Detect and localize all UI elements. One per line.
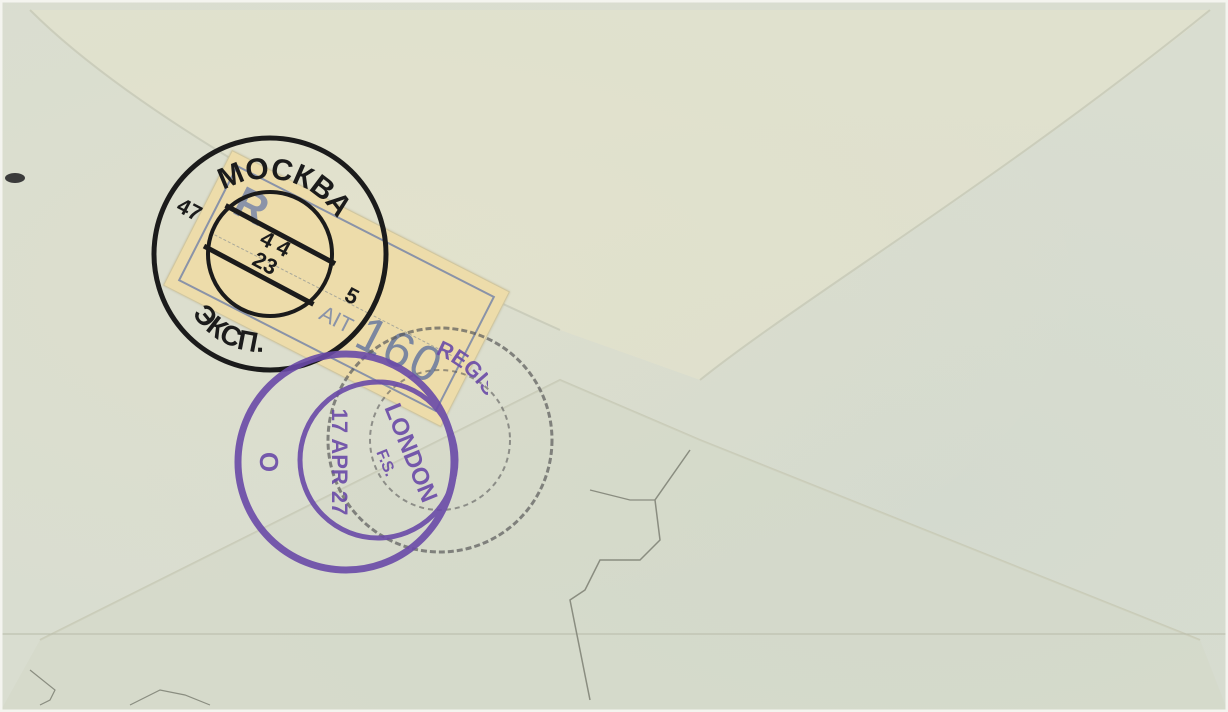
postmark-moscow-number: 47: [173, 193, 206, 227]
postmark-london-registered: REGISTERED O 17 APR 27 LONDON F.S.: [228, 340, 488, 580]
postmark-london-code: O: [254, 452, 284, 472]
envelope-photo: R AIT 160 МОСКВА ЭКСП. 4 4 23: [0, 0, 1228, 712]
postmark-london-office: F.S.: [372, 447, 398, 479]
postmark-moscow-suffix: 5: [341, 282, 364, 310]
postmark-london-date: 17 APR 27: [327, 409, 352, 516]
